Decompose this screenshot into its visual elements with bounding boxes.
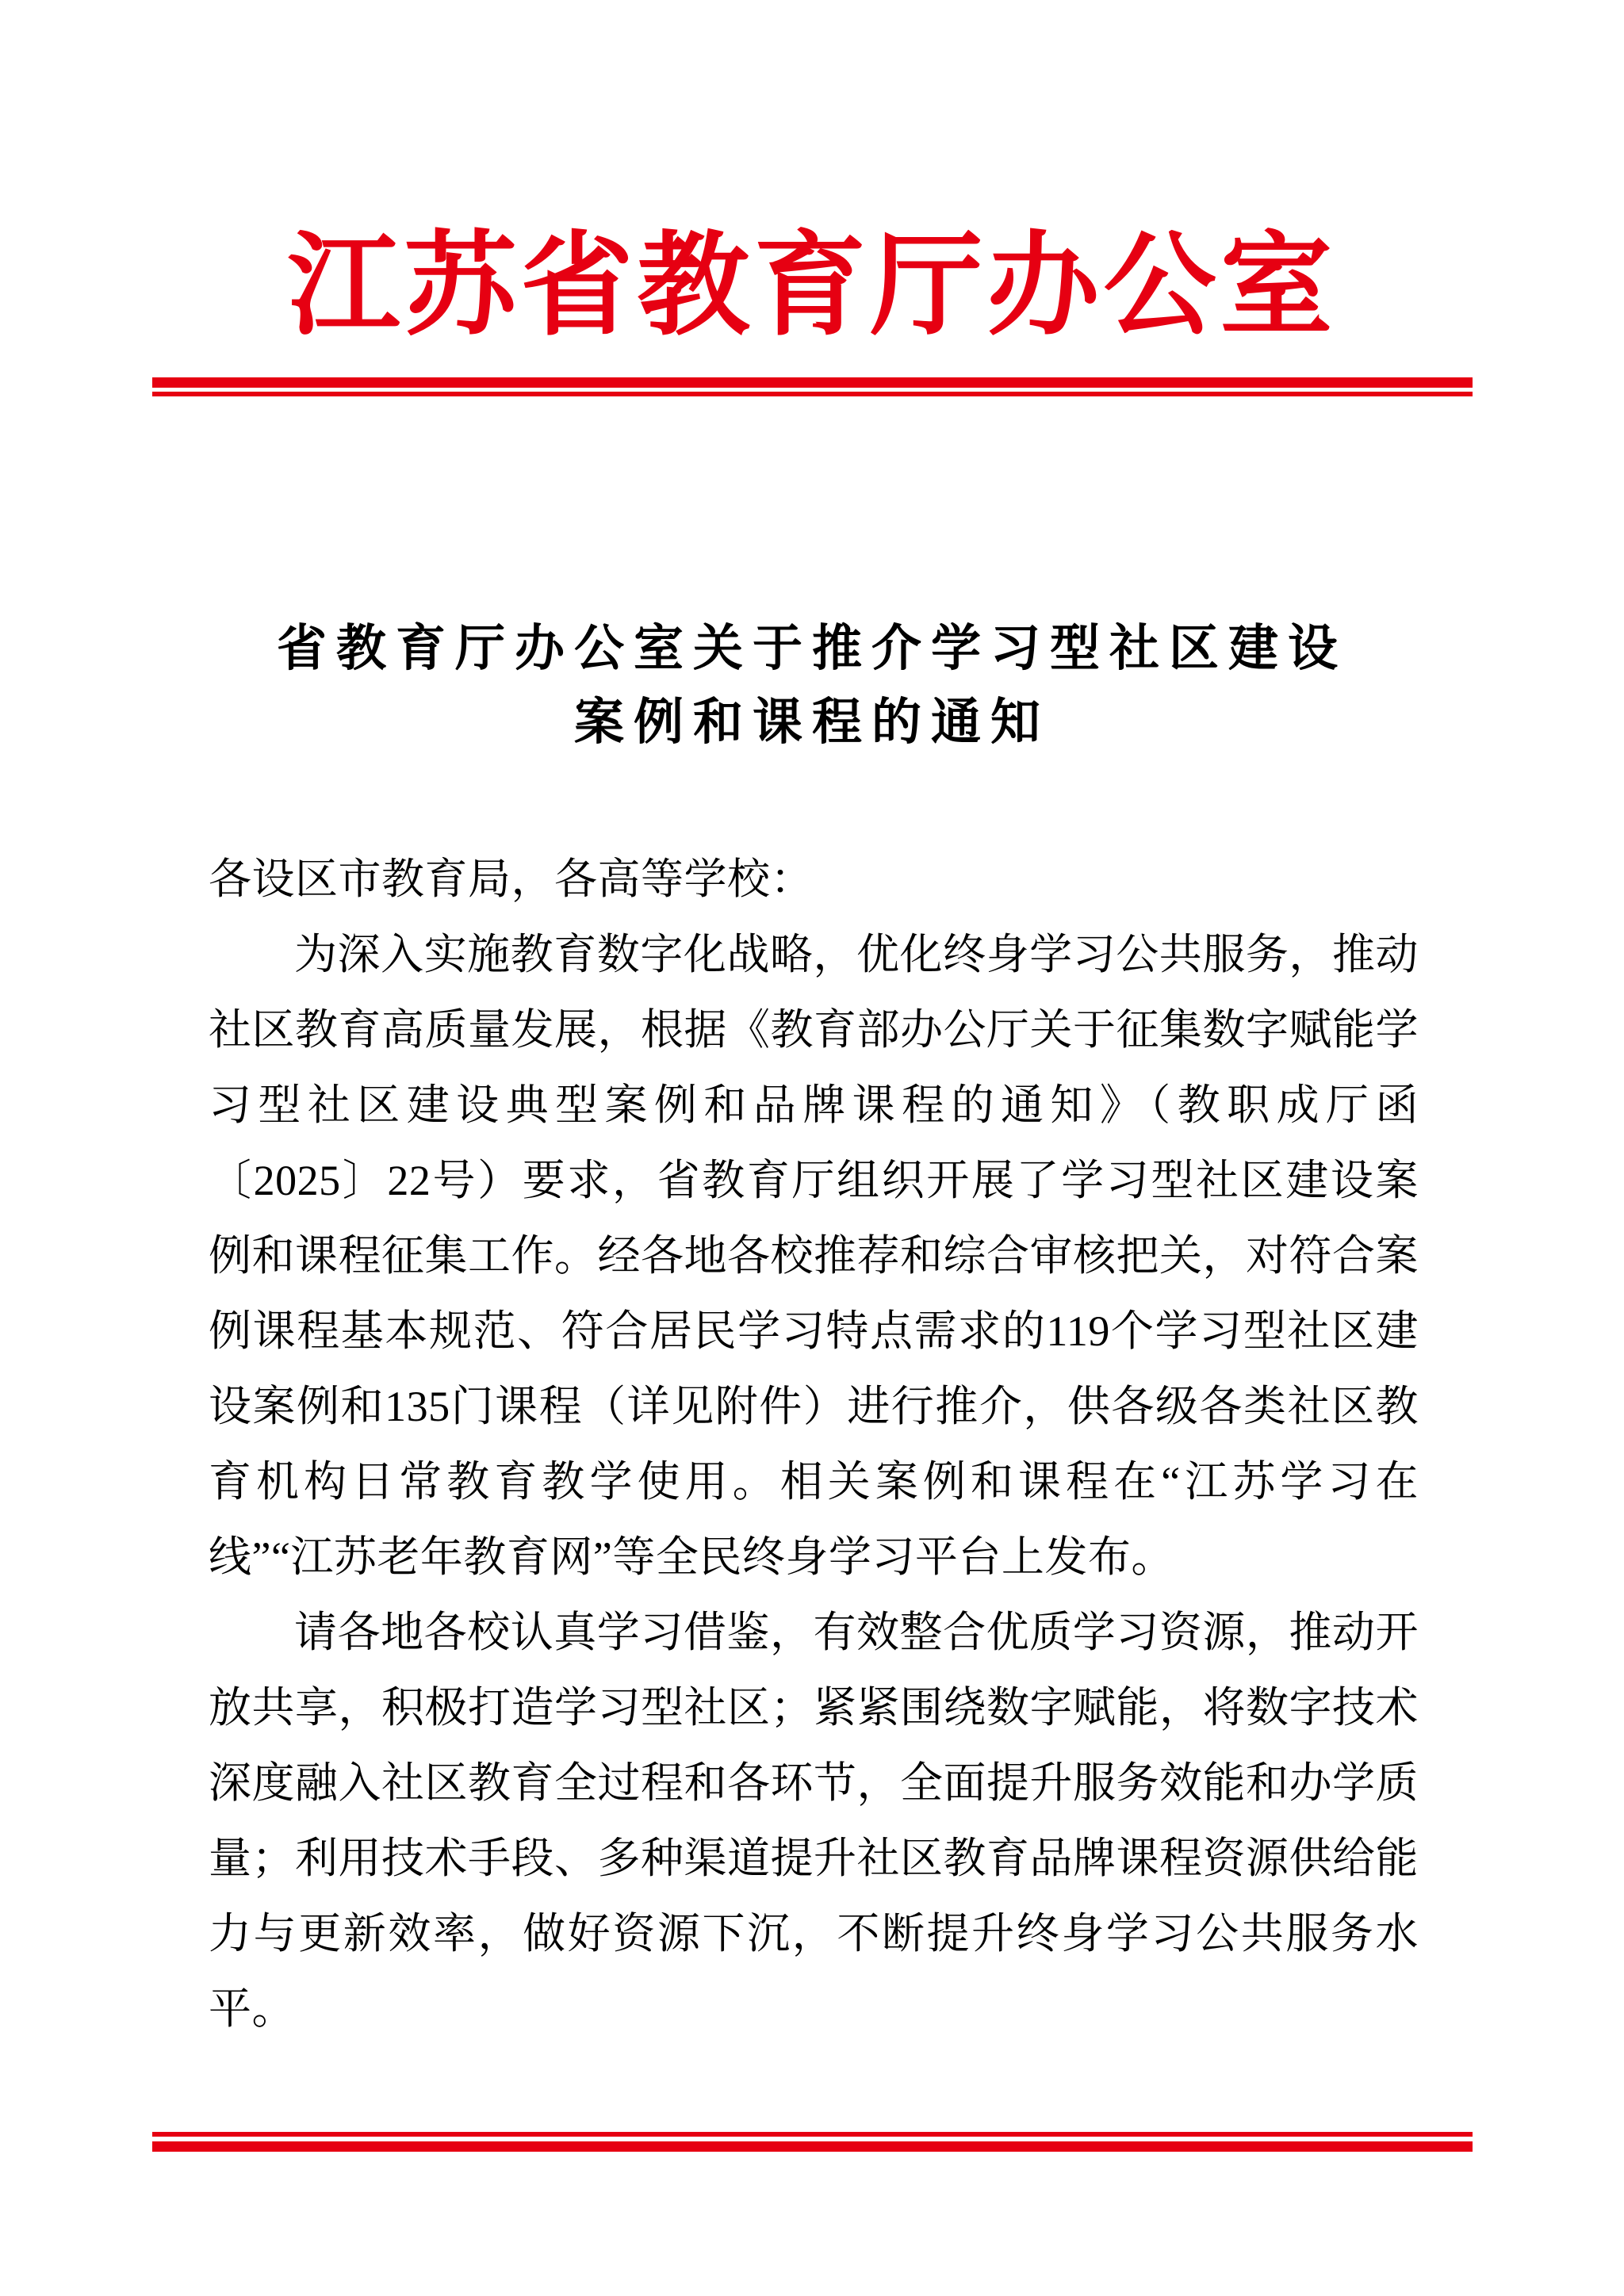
document-title-line-2: 案例和课程的通知 — [574, 695, 1050, 750]
paragraph-1: 为深入实施教育数字化战略，优化终身学习公共服务，推动社区教育高质量发展，根据《教… — [209, 917, 1419, 1595]
salutation: 各设区市教育局，各高等学校： — [209, 842, 1419, 917]
document-title: 省教育厅办公室关于推介学习型社区建设 案例和课程的通知 — [0, 612, 1624, 760]
paragraph-2: 请各地各校认真学习借鉴，有效整合优质学习资源，推动开放共享，积极打造学习型社区；… — [209, 1595, 1419, 2047]
letterhead-divider-thick-line — [152, 377, 1473, 388]
letterhead-divider — [152, 377, 1473, 396]
footer-divider-thin-line — [152, 2132, 1473, 2137]
letterhead-divider-thin-line — [152, 392, 1473, 396]
footer-divider-thick-line — [152, 2141, 1473, 2152]
document-page: 江苏省教育厅办公室 省教育厅办公室关于推介学习型社区建设 案例和课程的通知 各设… — [0, 0, 1624, 2296]
document-title-line-1: 省教育厅办公室关于推介学习型社区建设 — [277, 621, 1347, 676]
document-body: 各设区市教育局，各高等学校： 为深入实施教育数字化战略，优化终身学习公共服务，推… — [209, 842, 1419, 2047]
footer-divider — [152, 2132, 1473, 2152]
letterhead-agency-title: 江苏省教育厅办公室 — [0, 224, 1624, 349]
